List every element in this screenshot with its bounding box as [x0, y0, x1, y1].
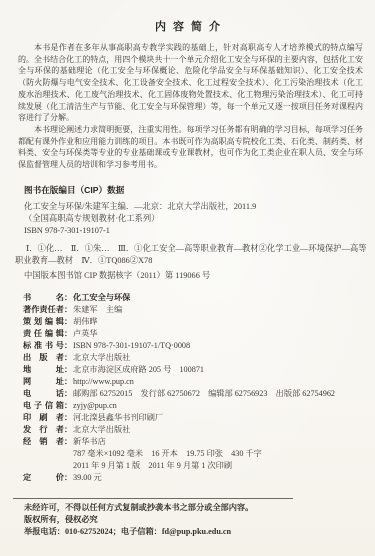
- cip-classification-line-2: 职业教育—教材 Ⅳ．①TQ086②X78: [15, 255, 375, 267]
- colophon-row-publisher: 出版者：北京大学出版社: [23, 352, 375, 364]
- cip-classification-line-1: Ⅰ．①化… Ⅱ．①朱… Ⅲ．①化工安全—高等职业教育—教材②化学工业—环境保护—…: [26, 243, 375, 255]
- report-contact: 举报电话：010-62752024；电子信箱：fd@pup.pku.edu.cn: [24, 526, 375, 538]
- colophon-colon: ：: [64, 364, 73, 376]
- colophon-value: 北京大学出版社: [73, 425, 130, 434]
- colophon-label: 地址: [23, 364, 64, 376]
- colophon-label: 电话: [23, 388, 64, 400]
- divider-rule: [13, 498, 293, 499]
- colophon-colon: ：: [64, 424, 73, 436]
- colophon-label: 著作责任者: [23, 304, 64, 316]
- page-title: 内容简介: [0, 21, 375, 33]
- cip-section: 图书在版编目（CIP）数据 化工安全与环保/朱建军主编．—北京：北京大学出版社，…: [24, 184, 375, 282]
- cip-series-line: （全国高职高专规划教材·化工系列）: [24, 213, 375, 225]
- colophon-value: 朱建军 主编: [73, 305, 122, 314]
- content-summary: 本书是作者在多年从事高职高专教学实践的基础上，针对高职高专人才培养模式的特点编写…: [18, 42, 363, 171]
- colophon-label: 标准书号: [23, 340, 64, 352]
- no-copy-notice: 未经许可，不得以任何方式复制或抄袭本书之部分或全部内容。: [24, 502, 375, 514]
- colophon-row-retailer: 经销者：新华书店: [23, 436, 375, 448]
- colophon-row-email: 电子信箱：zyjy@pup.cn: [23, 400, 375, 412]
- colophon-value: 胡伟晔: [73, 317, 98, 326]
- colophon-label: 网址: [23, 376, 64, 388]
- colophon-value: 787 毫米×1092 毫米 16 开本 19.75 印张 430 千字: [73, 449, 262, 458]
- colophon-value: 化工安全与环保: [73, 293, 130, 302]
- colophon-value: ISBN 978-7-301-19107-1/TQ·0008: [73, 341, 190, 350]
- cip-isbn: ISBN 978-7-301-19107-1: [24, 225, 375, 237]
- colophon-row-standard-isbn: 标准书号：ISBN 978-7-301-19107-1/TQ·0008: [23, 340, 375, 352]
- colophon-value: 河北滦县鑫华书刊印刷厂: [73, 413, 163, 422]
- colophon-label: 定价: [23, 472, 64, 484]
- intro-paragraph-2: 本书理论阐述力求简明扼要，注重实用性。每项学习任务都有明确的学习目标，每项学习任…: [18, 124, 363, 171]
- colophon-label: 发行者: [23, 424, 64, 436]
- colophon-colon: ：: [64, 316, 73, 328]
- colophon-colon: ：: [64, 436, 73, 448]
- colophon-label: 书名: [23, 292, 64, 304]
- book-copyright-page: 内容简介 本书是作者在多年从事高职高专教学实践的基础上，针对高职高专人才培养模式…: [0, 0, 375, 556]
- colophon-row-responsible-editor: 责任编辑：卢英华: [23, 328, 375, 340]
- colophon-row-address: 地址：北京市海淀区成府路 205 号 100871: [23, 364, 375, 376]
- colophon-value: 新华书店: [73, 437, 106, 446]
- colophon-row-phones: 电话：邮购部 62752015 发行部 62750672 编辑部 6275692…: [23, 388, 375, 400]
- colophon: 书名：化工安全与环保 著作责任者：朱建军 主编 策划编辑：胡伟晔 责任编辑：卢英…: [23, 292, 375, 484]
- colophon-value: http://www.pup.cn: [73, 377, 134, 386]
- colophon-colon: ：: [64, 352, 73, 364]
- copyright-notice: 未经许可，不得以任何方式复制或抄袭本书之部分或全部内容。 版权所有，侵权必究 举…: [13, 498, 375, 539]
- colophon-value: 39.00 元: [73, 473, 102, 482]
- colophon-colon: ：: [64, 304, 73, 316]
- colophon-row-printer: 印刷者：河北滦县鑫华书刊印刷厂: [23, 412, 375, 424]
- colophon-colon: ：: [64, 340, 73, 352]
- colophon-row-planning-editor: 策划编辑：胡伟晔: [23, 316, 375, 328]
- cip-heading: 图书在版编目（CIP）数据: [24, 184, 375, 196]
- cip-record-number: 中国版本图书馆 CIP 数据核字（2011）第 119066 号: [24, 270, 375, 282]
- colophon-label: 经销者: [23, 436, 64, 448]
- colophon-row-price: 定价：39.00 元: [23, 472, 375, 484]
- colophon-row-distributor: 发行者：北京大学出版社: [23, 424, 375, 436]
- colophon-row-edition: 2011 年 9 月第 1 版 2011 年 9 月第 1 次印刷: [23, 460, 375, 472]
- colophon-label: 责任编辑: [23, 328, 64, 340]
- colophon-colon: ：: [64, 400, 73, 412]
- colophon-label: 策划编辑: [23, 316, 64, 328]
- colophon-row-author: 著作责任者：朱建军 主编: [23, 304, 375, 316]
- colophon-colon: ：: [64, 388, 73, 400]
- colophon-row-website: 网址：http://www.pup.cn: [23, 376, 375, 388]
- colophon-colon: ：: [64, 328, 73, 340]
- colophon-label: 印刷者: [23, 412, 64, 424]
- intro-paragraph-1: 本书是作者在多年从事高职高专教学实践的基础上，针对高职高专人才培养模式的特点编写…: [18, 42, 363, 124]
- colophon-label: 出版者: [23, 352, 64, 364]
- colophon-value: 邮购部 62752015 发行部 62750672 编辑部 62756923 出…: [73, 389, 335, 398]
- colophon-colon: ：: [64, 412, 73, 424]
- all-rights-reserved: 版权所有，侵权必究: [24, 514, 375, 526]
- colophon-colon: ：: [64, 376, 73, 388]
- colophon-colon: ：: [64, 292, 73, 304]
- colophon-colon: ：: [64, 472, 73, 484]
- colophon-value: 北京市海淀区成府路 205 号 100871: [73, 365, 204, 374]
- colophon-value: 2011 年 9 月第 1 版 2011 年 9 月第 1 次印刷: [73, 461, 232, 470]
- colophon-value: zyjy@pup.cn: [73, 401, 117, 410]
- colophon-row-format: 787 毫米×1092 毫米 16 开本 19.75 印张 430 千字: [23, 448, 375, 460]
- cip-title-line: 化工安全与环保/朱建军主编．—北京：北京大学出版社，2011.9: [24, 201, 375, 213]
- colophon-row-book-title: 书名：化工安全与环保: [23, 292, 375, 304]
- colophon-value: 卢英华: [73, 329, 98, 338]
- colophon-label: 电子信箱: [23, 400, 64, 412]
- colophon-value: 北京大学出版社: [73, 353, 130, 362]
